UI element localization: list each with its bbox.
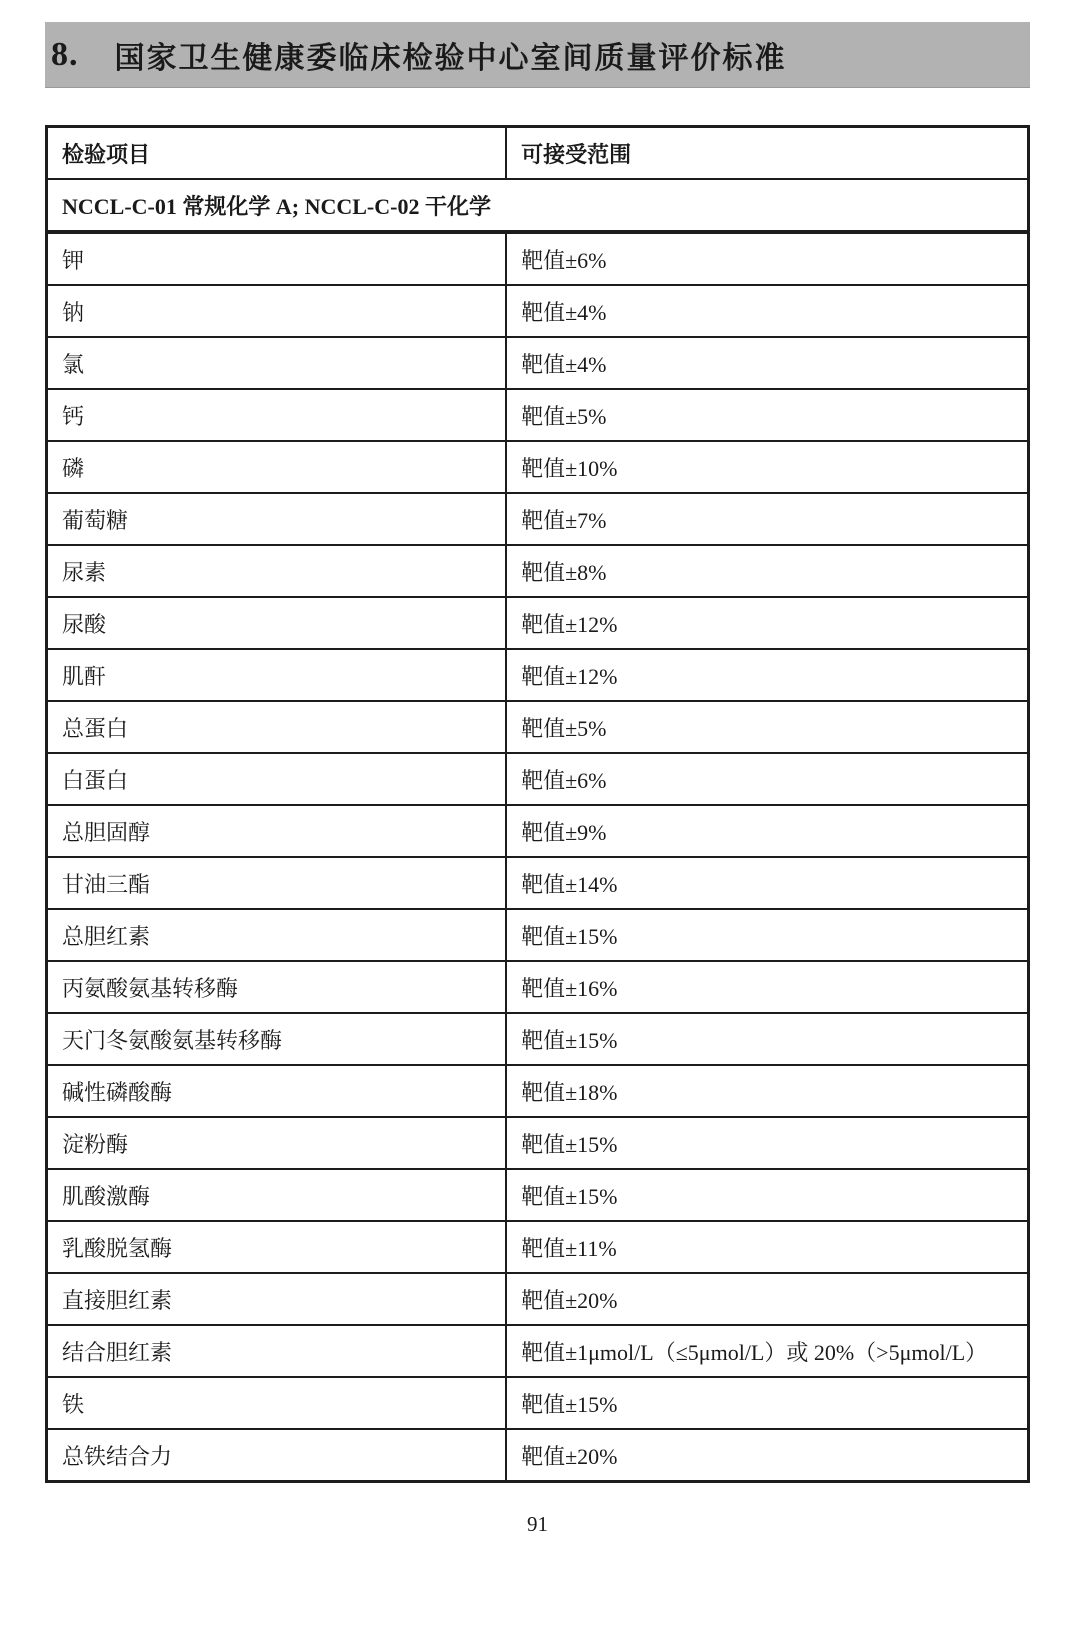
table-row: 天门冬氨酸氨基转移酶靶值±15% [47, 1013, 1029, 1065]
table-row: 乳酸脱氢酶靶值±11% [47, 1221, 1029, 1273]
table-row: 钙靶值±5% [47, 389, 1029, 441]
acceptable-range-cell: 靶值±15% [506, 909, 1028, 961]
table-row: 尿酸靶值±12% [47, 597, 1029, 649]
table-row: 结合胆红素靶值±1μmol/L（≤5μmol/L）或 20%（>5μmol/L） [47, 1325, 1029, 1377]
acceptable-range-cell: 靶值±7% [506, 493, 1028, 545]
acceptable-range-cell: 靶值±12% [506, 597, 1028, 649]
test-item-cell: 尿素 [47, 545, 507, 597]
table-row: 钾靶值±6% [47, 232, 1029, 285]
test-item-cell: 丙氨酸氨基转移酶 [47, 961, 507, 1013]
table-header-row: 检验项目 可接受范围 [47, 127, 1029, 180]
test-item-cell: 钠 [47, 285, 507, 337]
table-row: 葡萄糖靶值±7% [47, 493, 1029, 545]
table-body: 钾靶值±6%钠靶值±4%氯靶值±4%钙靶值±5%磷靶值±10%葡萄糖靶值±7%尿… [47, 232, 1029, 1482]
table-row: 铁靶值±15% [47, 1377, 1029, 1429]
acceptable-range-cell: 靶值±15% [506, 1169, 1028, 1221]
test-item-cell: 总胆固醇 [47, 805, 507, 857]
acceptable-range-cell: 靶值±12% [506, 649, 1028, 701]
acceptable-range-cell: 靶值±1μmol/L（≤5μmol/L）或 20%（>5μmol/L） [506, 1325, 1028, 1377]
acceptable-range-cell: 靶值±6% [506, 753, 1028, 805]
test-item-cell: 直接胆红素 [47, 1273, 507, 1325]
table-row: 尿素靶值±8% [47, 545, 1029, 597]
table-row: 总胆固醇靶值±9% [47, 805, 1029, 857]
table-row: 总胆红素靶值±15% [47, 909, 1029, 961]
test-item-cell: 肌酸激酶 [47, 1169, 507, 1221]
acceptable-range-cell: 靶值±4% [506, 285, 1028, 337]
acceptable-range-cell: 靶值±10% [506, 441, 1028, 493]
test-item-cell: 天门冬氨酸氨基转移酶 [47, 1013, 507, 1065]
test-item-cell: 氯 [47, 337, 507, 389]
table-row: 氯靶值±4% [47, 337, 1029, 389]
acceptable-range-cell: 靶值±8% [506, 545, 1028, 597]
table-row: 碱性磷酸酶靶值±18% [47, 1065, 1029, 1117]
test-item-cell: 磷 [47, 441, 507, 493]
section-title: 国家卫生健康委临床检验中心室间质量评价标准 [115, 33, 787, 77]
test-item-cell: 总蛋白 [47, 701, 507, 753]
group-header-cell: NCCL-C-01 常规化学 A; NCCL-C-02 干化学 [47, 179, 1029, 232]
acceptable-range-cell: 靶值±14% [506, 857, 1028, 909]
table-row: 肌酐靶值±12% [47, 649, 1029, 701]
acceptable-range-cell: 靶值±18% [506, 1065, 1028, 1117]
column-header-test-item: 检验项目 [47, 127, 507, 180]
table-header: 检验项目 可接受范围 [47, 127, 1029, 180]
acceptable-range-cell: 靶值±6% [506, 232, 1028, 285]
acceptable-range-cell: 靶值±16% [506, 961, 1028, 1013]
test-item-cell: 淀粉酶 [47, 1117, 507, 1169]
document-page: 8. 国家卫生健康委临床检验中心室间质量评价标准 检验项目 可接受范围 NCCL… [0, 0, 1080, 1632]
table-row: 丙氨酸氨基转移酶靶值±16% [47, 961, 1029, 1013]
test-item-cell: 铁 [47, 1377, 507, 1429]
column-header-acceptable-range: 可接受范围 [506, 127, 1028, 180]
test-item-cell: 白蛋白 [47, 753, 507, 805]
test-item-cell: 钙 [47, 389, 507, 441]
table-row: 总铁结合力靶值±20% [47, 1429, 1029, 1482]
criteria-table: 检验项目 可接受范围 NCCL-C-01 常规化学 A; NCCL-C-02 干… [45, 125, 1030, 1483]
table-row: 总蛋白靶值±5% [47, 701, 1029, 753]
acceptable-range-cell: 靶值±15% [506, 1377, 1028, 1429]
table-row: 钠靶值±4% [47, 285, 1029, 337]
table-row: 肌酸激酶靶值±15% [47, 1169, 1029, 1221]
test-item-cell: 碱性磷酸酶 [47, 1065, 507, 1117]
acceptable-range-cell: 靶值±5% [506, 701, 1028, 753]
test-item-cell: 总胆红素 [47, 909, 507, 961]
acceptable-range-cell: 靶值±9% [506, 805, 1028, 857]
section-header-bar: 8. 国家卫生健康委临床检验中心室间质量评价标准 [45, 22, 1030, 88]
table-row: 淀粉酶靶值±15% [47, 1117, 1029, 1169]
test-item-cell: 钾 [47, 232, 507, 285]
test-item-cell: 总铁结合力 [47, 1429, 507, 1482]
test-item-cell: 肌酐 [47, 649, 507, 701]
acceptable-range-cell: 靶值±20% [506, 1273, 1028, 1325]
acceptable-range-cell: 靶值±5% [506, 389, 1028, 441]
table-group-header-row: NCCL-C-01 常规化学 A; NCCL-C-02 干化学 [47, 179, 1029, 232]
acceptable-range-cell: 靶值±11% [506, 1221, 1028, 1273]
table-row: 白蛋白靶值±6% [47, 753, 1029, 805]
test-item-cell: 尿酸 [47, 597, 507, 649]
table-row: 直接胆红素靶值±20% [47, 1273, 1029, 1325]
acceptable-range-cell: 靶值±4% [506, 337, 1028, 389]
acceptable-range-cell: 靶值±20% [506, 1429, 1028, 1482]
section-number: 8. [51, 36, 79, 74]
acceptable-range-cell: 靶值±15% [506, 1117, 1028, 1169]
test-item-cell: 甘油三酯 [47, 857, 507, 909]
table-row: 甘油三酯靶值±14% [47, 857, 1029, 909]
acceptable-range-cell: 靶值±15% [506, 1013, 1028, 1065]
test-item-cell: 葡萄糖 [47, 493, 507, 545]
test-item-cell: 结合胆红素 [47, 1325, 507, 1377]
test-item-cell: 乳酸脱氢酶 [47, 1221, 507, 1273]
page-number: 91 [45, 1512, 1030, 1537]
table-row: 磷靶值±10% [47, 441, 1029, 493]
